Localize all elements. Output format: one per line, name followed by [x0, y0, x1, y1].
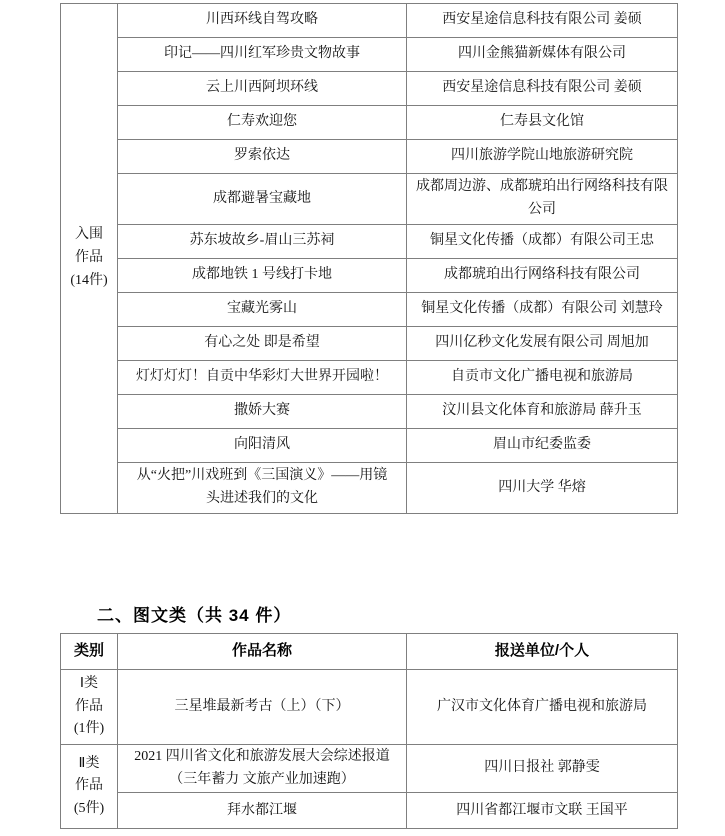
table-row: 印记——四川红军珍贵文物故事 四川金熊猫新媒体有限公司 — [61, 38, 678, 72]
work-title-cell: 2021 四川省文化和旅游发展大会综述报道 （三年蓄力 文旅产业加速跑） — [118, 745, 407, 793]
table-row: 苏东坡故乡-眉山三苏祠 铜星文化传播（成都）有限公司王忠 — [61, 225, 678, 259]
header-title-cell: 作品名称 — [118, 634, 407, 670]
table-row: 云上川西阿坝环线 西安星途信息科技有限公司 姜硕 — [61, 72, 678, 106]
work-title-cell: 印记——四川红军珍贵文物故事 — [118, 38, 407, 72]
work-title-cell: 拜水都江堰 — [118, 793, 407, 829]
tuwen-table: 类别 作品名称 报送单位/个人 Ⅰ类 作品 (1件) 三星堆最新考古（上）（下）… — [60, 633, 678, 829]
work-unit-cell: 广汉市文化体育广播电视和旅游局 — [407, 670, 678, 745]
work-unit-cell: 四川金熊猫新媒体有限公司 — [407, 38, 678, 72]
work-title-cell: 从“火把”川戏班到《三国演义》——用镜 头进述我们的文化 — [118, 463, 407, 514]
work-unit-cell: 四川省都江堰市文联 王国平 — [407, 793, 678, 829]
table-row: Ⅱ类 作品 (5件) 2021 四川省文化和旅游发展大会综述报道 （三年蓄力 文… — [61, 745, 678, 793]
header-unit-cell: 报送单位/个人 — [407, 634, 678, 670]
work-title-cell: 云上川西阿坝环线 — [118, 72, 407, 106]
work-title-cell: 向阳清风 — [118, 429, 407, 463]
work-unit-cell: 铜星文化传播（成都）有限公司王忠 — [407, 225, 678, 259]
section-title: 二、图文类（共 34 件） — [97, 601, 291, 626]
table-row: 向阳清风 眉山市纪委监委 — [61, 429, 678, 463]
work-title-cell: 宝藏光雾山 — [118, 293, 407, 327]
work-title-cell: 撒娇大赛 — [118, 395, 407, 429]
category-cell-class2: Ⅱ类 作品 (5件) — [61, 745, 118, 829]
table-row: 入围 作品 (14件) 川西环线自驾攻略 西安星途信息科技有限公司 姜硕 — [61, 4, 678, 38]
work-unit-cell: 铜星文化传播（成都）有限公司 刘慧玲 — [407, 293, 678, 327]
category-cell-shortlist: 入围 作品 (14件) — [61, 4, 118, 514]
work-unit-cell: 眉山市纪委监委 — [407, 429, 678, 463]
table-row: 有心之处 即是希望 四川亿秒文化发展有限公司 周旭加 — [61, 327, 678, 361]
table-row: 成都避暑宝藏地 成都周边游、成都琥珀出行网络科技有限 公司 — [61, 174, 678, 225]
work-unit-cell: 四川旅游学院山地旅游研究院 — [407, 140, 678, 174]
category-cell-class1: Ⅰ类 作品 (1件) — [61, 670, 118, 745]
table-row: 宝藏光雾山 铜星文化传播（成都）有限公司 刘慧玲 — [61, 293, 678, 327]
table-header-row: 类别 作品名称 报送单位/个人 — [61, 634, 678, 670]
work-unit-cell: 自贡市文化广播电视和旅游局 — [407, 361, 678, 395]
table-row: 撒娇大赛 汶川县文化体育和旅游局 薛升玉 — [61, 395, 678, 429]
work-title-cell: 三星堆最新考古（上）（下） — [118, 670, 407, 745]
work-title-cell: 成都地铁 1 号线打卡地 — [118, 259, 407, 293]
work-title-cell: 川西环线自驾攻略 — [118, 4, 407, 38]
table-row: 拜水都江堰 四川省都江堰市文联 王国平 — [61, 793, 678, 829]
table-row: 罗索依达 四川旅游学院山地旅游研究院 — [61, 140, 678, 174]
work-unit-cell: 四川亿秒文化发展有限公司 周旭加 — [407, 327, 678, 361]
work-unit-cell: 成都琥珀出行网络科技有限公司 — [407, 259, 678, 293]
document-page: 入围 作品 (14件) 川西环线自驾攻略 西安星途信息科技有限公司 姜硕 印记—… — [0, 0, 725, 836]
work-title-cell: 罗索依达 — [118, 140, 407, 174]
work-unit-cell: 仁寿县文化馆 — [407, 106, 678, 140]
work-unit-cell: 西安星途信息科技有限公司 姜硕 — [407, 72, 678, 106]
work-title-cell: 成都避暑宝藏地 — [118, 174, 407, 225]
work-unit-cell: 西安星途信息科技有限公司 姜硕 — [407, 4, 678, 38]
work-unit-cell: 汶川县文化体育和旅游局 薛升玉 — [407, 395, 678, 429]
table-row: 从“火把”川戏班到《三国演义》——用镜 头进述我们的文化 四川大学 华熔 — [61, 463, 678, 514]
work-unit-cell: 成都周边游、成都琥珀出行网络科技有限 公司 — [407, 174, 678, 225]
table-row: 成都地铁 1 号线打卡地 成都琥珀出行网络科技有限公司 — [61, 259, 678, 293]
table-row: 仁寿欢迎您 仁寿县文化馆 — [61, 106, 678, 140]
table-row: Ⅰ类 作品 (1件) 三星堆最新考古（上）（下） 广汉市文化体育广播电视和旅游局 — [61, 670, 678, 745]
work-title-cell: 灯灯灯灯！自贡中华彩灯大世界开园啦！ — [118, 361, 407, 395]
work-title-cell: 苏东坡故乡-眉山三苏祠 — [118, 225, 407, 259]
shortlist-table: 入围 作品 (14件) 川西环线自驾攻略 西安星途信息科技有限公司 姜硕 印记—… — [60, 3, 678, 514]
work-title-cell: 有心之处 即是希望 — [118, 327, 407, 361]
work-unit-cell: 四川大学 华熔 — [407, 463, 678, 514]
work-title-cell: 仁寿欢迎您 — [118, 106, 407, 140]
table-row: 灯灯灯灯！自贡中华彩灯大世界开园啦！ 自贡市文化广播电视和旅游局 — [61, 361, 678, 395]
work-unit-cell: 四川日报社 郭静雯 — [407, 745, 678, 793]
header-category-cell: 类别 — [61, 634, 118, 670]
